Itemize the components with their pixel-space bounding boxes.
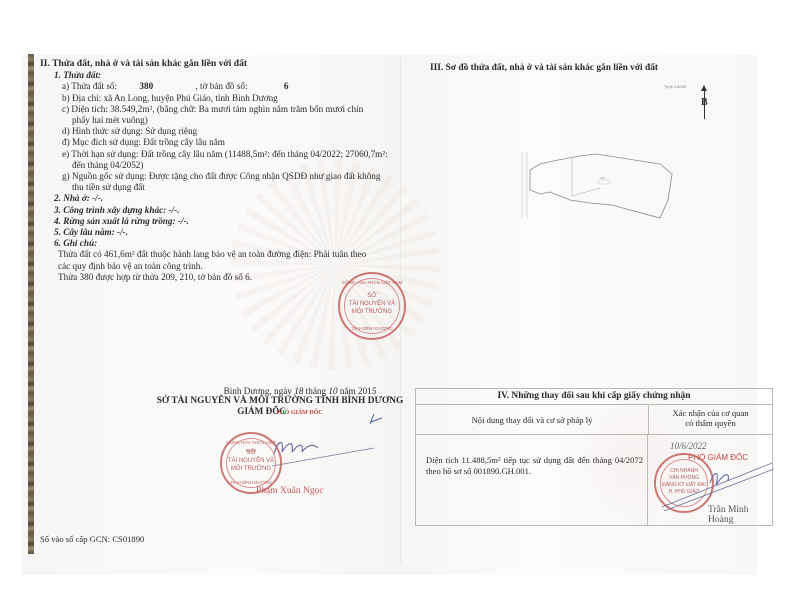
col-content-header: Nội dung thay đổi và cơ sở pháp lý [416, 405, 649, 434]
perennial-trees-heading: 5. Cây lâu năm: -/-. [40, 227, 400, 238]
svg-text:...: ... [612, 215, 615, 219]
page-binding-edge [28, 54, 34, 554]
north-letter: B [701, 97, 708, 108]
left-page: II. Thửa đất, nhà ở và tài sản khác gắn … [40, 58, 400, 283]
issue-month: 10 [328, 386, 337, 396]
origin-line-cont: thu tiền sử dụng đất [40, 182, 400, 193]
deputy-title-stamp: PHÓ GIÁM ĐỐC [276, 410, 322, 416]
table-row: Diện tích 11.488,5m² tiếp tục sử dụng đấ… [416, 435, 772, 525]
plot-label: 380 [600, 176, 605, 180]
note-line-1: Thửa đất có 461,6m² đất thuộc hành lang … [40, 249, 400, 260]
map-sheet-label: , tờ bản đồ số: [195, 81, 247, 91]
area-line: c) Diện tích: 38.549,2m², (bằng chữ: Ba … [40, 104, 400, 115]
changes-table: IV. Những thay đổi sau khi cấp giấy chứn… [415, 388, 773, 526]
col-confirmation-header: Xác nhận của cơ quan có thẩm quyền [649, 405, 772, 434]
house-heading: 2. Nhà ở: -/-. [40, 193, 400, 204]
svg-text:...: ... [650, 160, 653, 164]
issue-date: Bình Dương, ngày 18 tháng 10 năm 2015 [140, 386, 420, 396]
map-scale: Tỷ lệ 1:5000 [664, 84, 686, 89]
change-content: Diện tích 11.488,5m² tiếp tục sử dụng đấ… [416, 435, 648, 525]
north-arrow-head-icon [701, 85, 707, 91]
parcel-label: a) Thửa đất số: [62, 81, 117, 91]
issue-day: 18 [294, 386, 303, 396]
usage-term-line: e) Thời hạn sử dụng: Đất trồng cây lâu n… [40, 149, 400, 160]
confirmation-signature [658, 441, 774, 511]
confirmation-signer-name: Trần Minh Hoàng [708, 505, 772, 525]
parcel-sketch-map: 380 ... ... ... ... ... [500, 150, 700, 220]
seal-center: SỞ TÀI NGUYÊN VÀ MÔI TRƯỜNG [340, 274, 404, 316]
section-iii-title: III. Sơ đồ thửa đất, nhà ở và tài sản kh… [430, 63, 658, 73]
north-arrow: B [700, 85, 710, 118]
section-iv-title: IV. Những thay đổi sau khi cấp giấy chứn… [416, 389, 772, 405]
issue-year-suffix: 5 [372, 386, 377, 396]
initial-mark [368, 412, 384, 426]
changes-table-header: Nội dung thay đổi và cơ sở pháp lý Xác n… [416, 405, 772, 435]
issuing-organization: SỞ TÀI NGUYÊN VÀ MÔI TRƯỜNG TỈNH BÌNH DƯ… [140, 396, 420, 406]
address-line: b) Địa chỉ: xã An Long, huyện Phú Giáo, … [40, 93, 400, 104]
land-heading: 1. Thửa đất: [40, 70, 400, 81]
area-line-cont: phẩy hai mét vuông) [40, 115, 400, 126]
issuer-signer-name: Phạm Xuân Ngọc [256, 486, 324, 496]
registry-number: Số vào sổ cấp GCN: CS01890 [40, 534, 144, 544]
section-ii-title: II. Thửa đất, nhà ở và tài sản khác gắn … [40, 58, 400, 69]
issuer-signature [268, 432, 378, 472]
change-confirmation: 10/6/2022 PHÓ GIÁM ĐỐC CHI NHÁNH VĂN PHÒ… [648, 435, 772, 525]
planted-forest-heading: 4. Rừng sản xuất là rừng trồng: -/-. [40, 216, 400, 227]
usage-term-line-cont: đến tháng 04/2052) [40, 160, 400, 171]
parcel-line: a) Thửa đất số: 380 , tờ bản đồ số: 6 [40, 81, 400, 92]
svg-text:...: ... [663, 162, 666, 166]
notes-heading: 6. Ghi chú: [40, 238, 400, 249]
map-sheet-number: 6 [284, 81, 289, 91]
svg-text:...: ... [670, 202, 673, 206]
usage-form-line: d) Hình thức sử dụng: Sử dụng riêng [40, 126, 400, 137]
other-construction-heading: 3. Công trình xây dựng khác: -/-. [40, 205, 400, 216]
note-line-2: các quy định bảo vệ an toàn công trình. [40, 261, 400, 272]
ministry-seal-watermark: CỘNG HÒA XHCN VIỆT NAM SỞ TÀI NGUYÊN VÀ … [338, 272, 406, 340]
origin-line: g) Nguồn gốc sử dụng: Được tặng cho đất … [40, 171, 400, 182]
seal-rim-bottom: TỈNH BÌNH DƯƠNG [340, 325, 404, 333]
usage-purpose-line: đ) Mục đích sử dụng: Đất trồng cây lâu n… [40, 137, 400, 148]
svg-text:...: ... [558, 205, 561, 209]
parcel-number: 380 [139, 81, 153, 91]
